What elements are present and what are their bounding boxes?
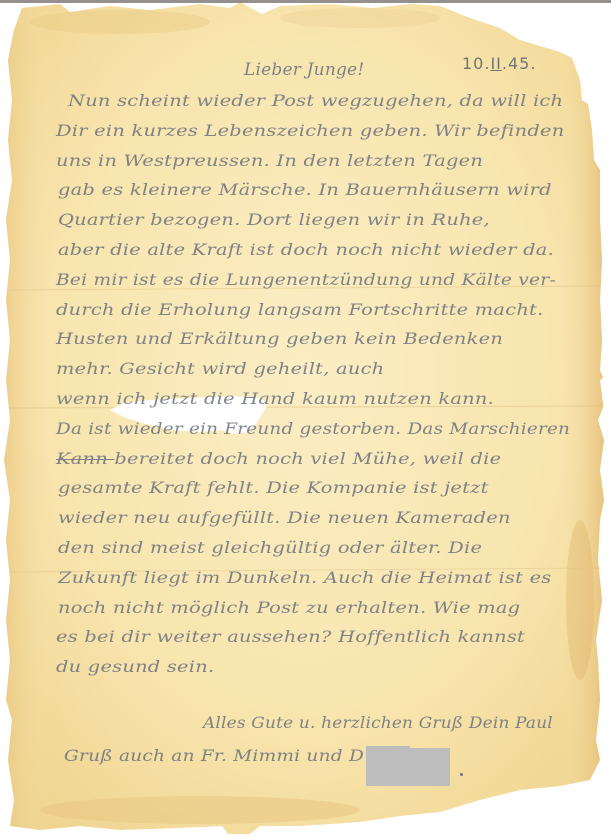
letter-line: Kann bereitet doch noch viel Mühe, weil … (56, 450, 501, 468)
letter-line: uns in Westpreussen. In den letzten Tage… (56, 152, 483, 170)
letter-line: Quartier bezogen. Dort liegen wir in Ruh… (58, 211, 490, 229)
closing-signature: Alles Gute u. herzlichen Gruß Dein Paul (203, 714, 553, 732)
letter-line: Zukunft liegt im Dunkeln. Auch die Heima… (58, 569, 551, 587)
letter-line: durch die Erholung langsam Fortschritte … (56, 301, 544, 319)
letter-line: Bei mir ist es die Lungenentzündung und … (56, 271, 556, 289)
letter-line: noch nicht möglich Post zu erhalten. Wie… (58, 599, 520, 617)
date-day: 10. (462, 54, 490, 73)
date-year: .45. (502, 54, 537, 73)
letter-line: wieder neu aufgefüllt. Die neuen Kamerad… (58, 509, 511, 527)
redaction-box (366, 748, 450, 786)
letter-line: du gesund sein. (56, 658, 214, 676)
letter-line: Nun scheint wieder Post wegzugehen, da w… (68, 92, 563, 110)
letter-date: 10.II.45. (462, 54, 536, 73)
letter-line: aber die alte Kraft ist doch noch nicht … (58, 241, 554, 259)
period-mark (460, 773, 463, 776)
letter-line: den sind meist gleichgültig oder älter. … (58, 539, 482, 557)
postscript: Gruß auch an Fr. Mimmi und D (64, 747, 364, 765)
line-text: bereitet doch noch viel Mühe, weil die (114, 450, 501, 468)
letter-line: gesamte Kraft fehlt. Die Kompanie ist je… (58, 479, 489, 497)
letter-line: wenn ich jetzt die Hand kaum nutzen kann… (56, 390, 494, 408)
letter-page: 10.II.45. Lieber Junge! Nun scheint wied… (0, 0, 611, 836)
date-month-roman: II (490, 54, 501, 73)
letter-line: Dir ein kurzes Lebenszeichen geben. Wir … (56, 122, 564, 140)
letter-line: gab es kleinere Märsche. In Bauernhäuser… (58, 181, 552, 199)
letter-line: Husten und Erkältung geben kein Bedenken (56, 330, 503, 348)
letter-line: es bei dir weiter aussehen? Hoffentlich … (56, 628, 525, 646)
salutation: Lieber Junge! (244, 60, 364, 80)
letter-line: Da ist wieder ein Freund gestorben. Das … (56, 420, 570, 438)
letter-line: mehr. Gesicht wird geheilt, auch (56, 360, 384, 378)
struck-word: Kann (56, 450, 114, 468)
